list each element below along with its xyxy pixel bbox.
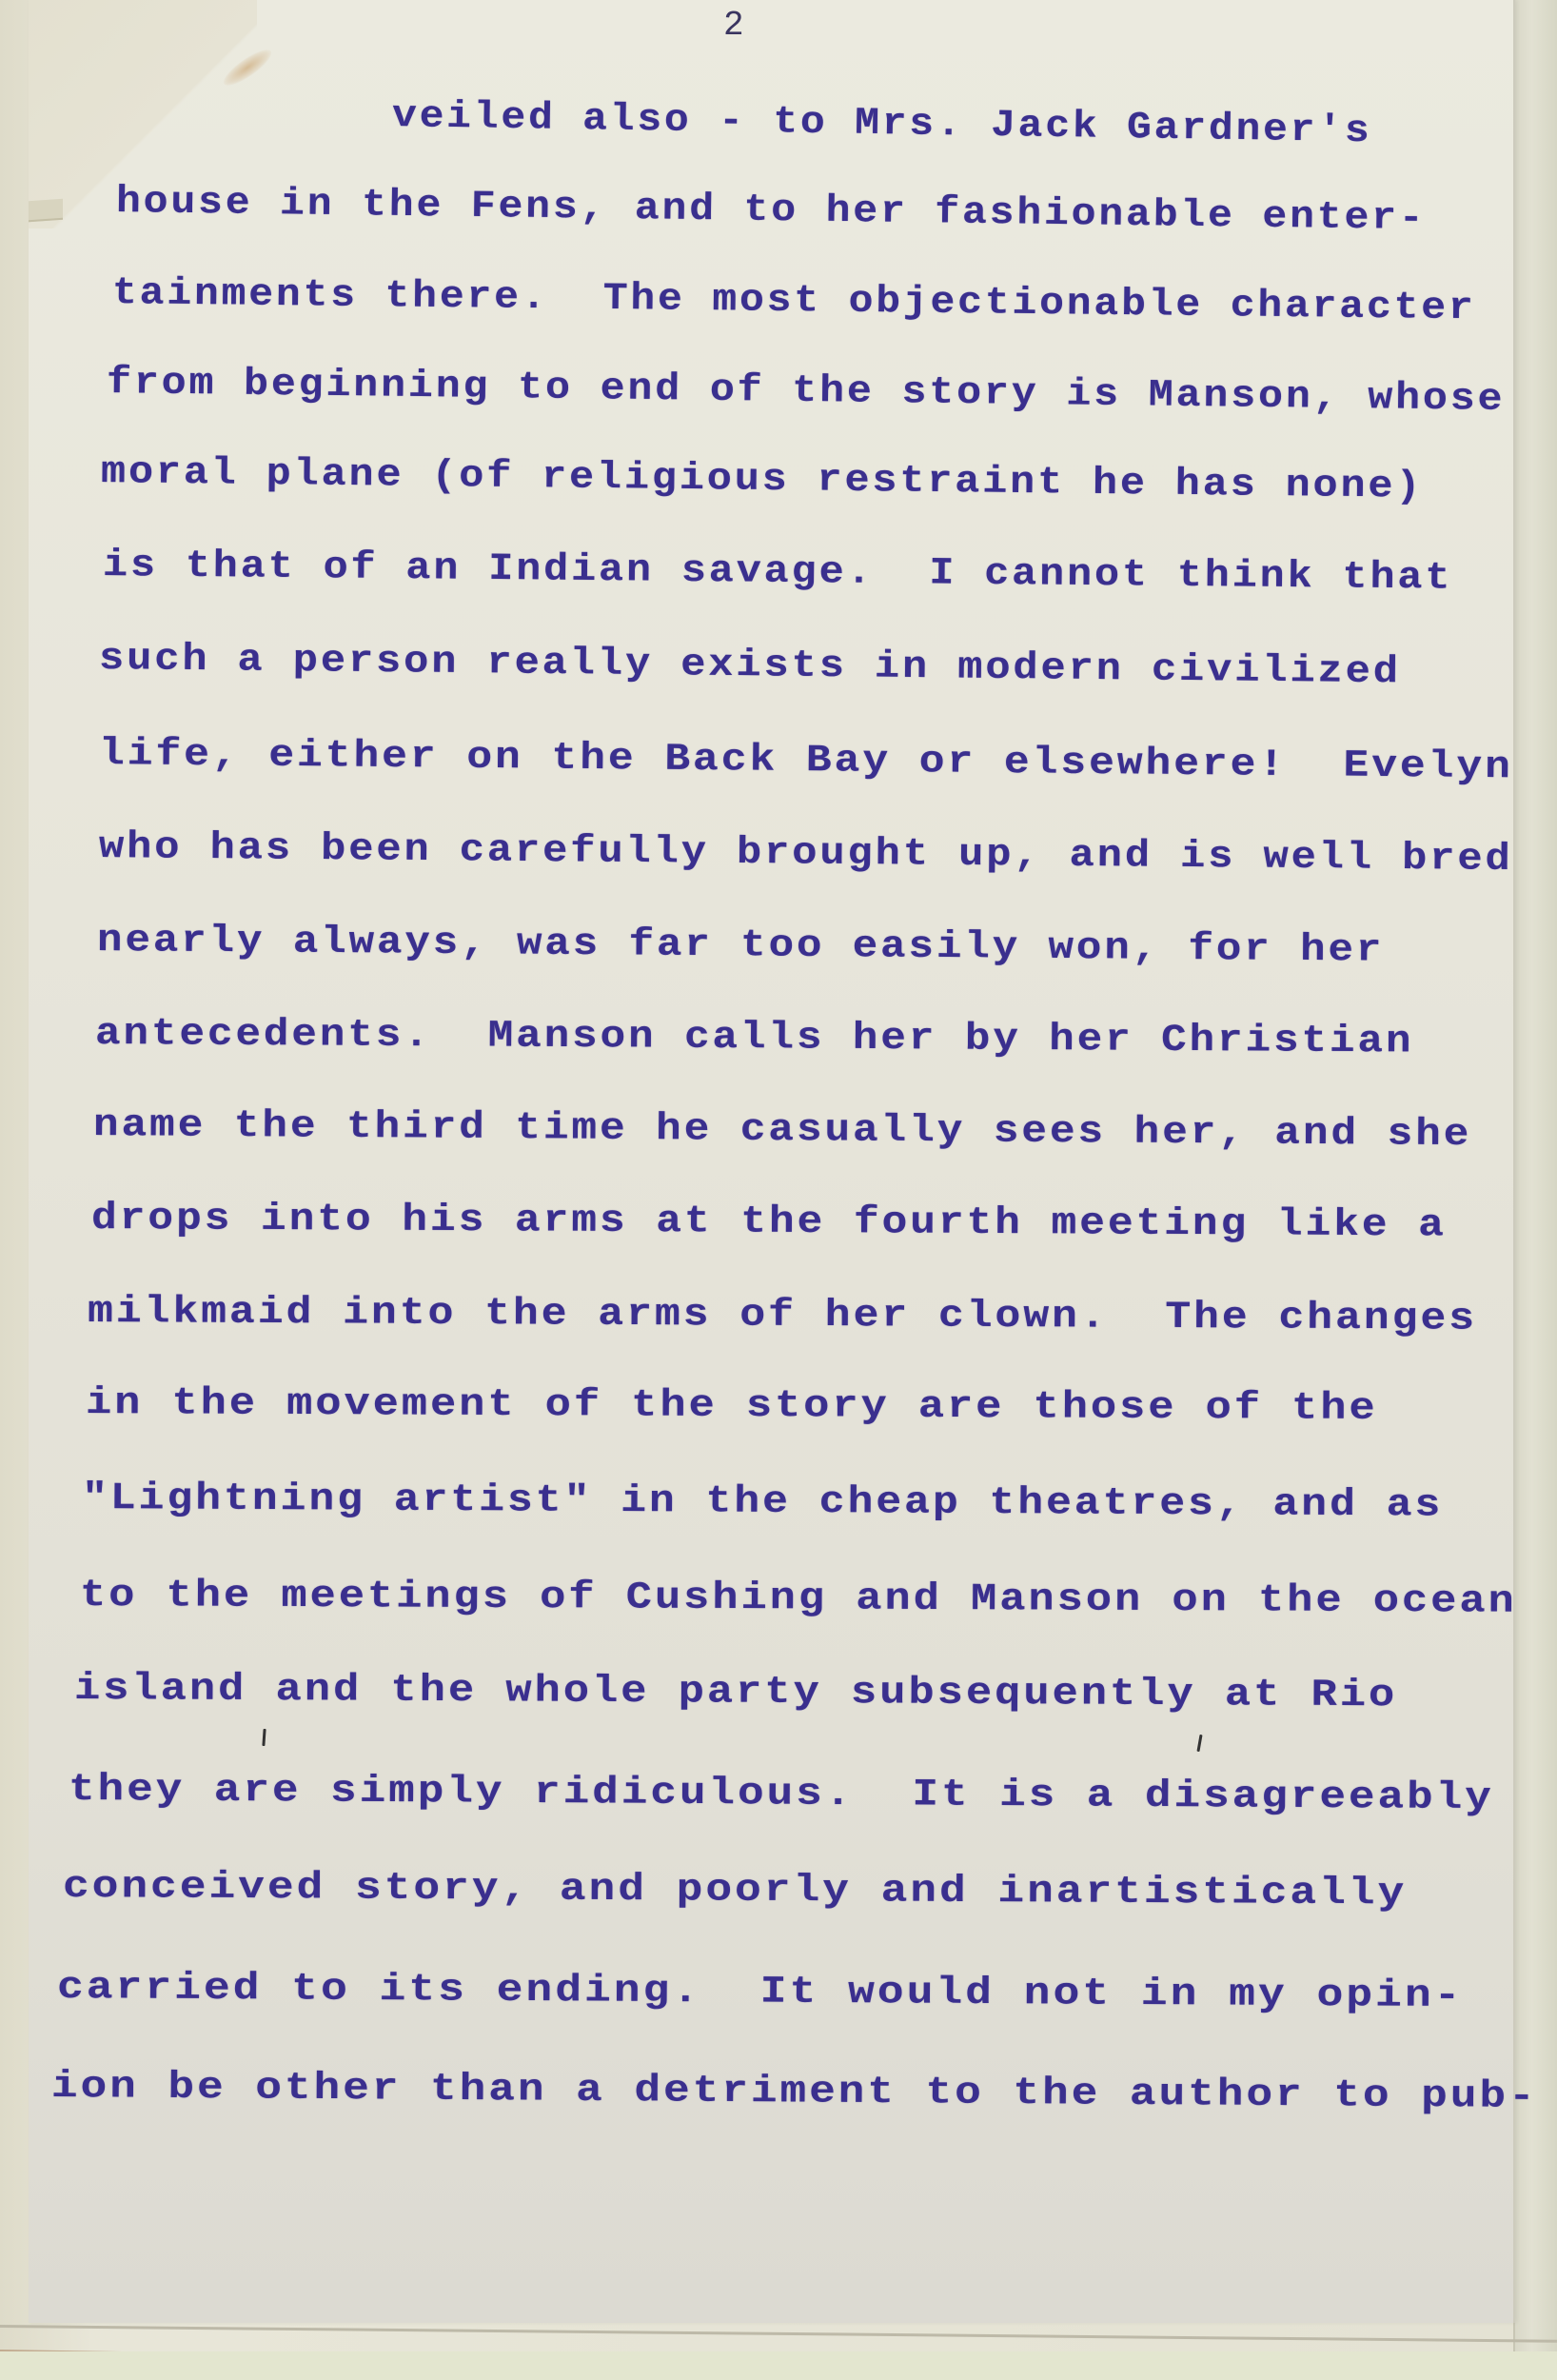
right-edge-sheet: [1513, 0, 1557, 2380]
text-line: to the meetings of Cushing and Manson on…: [80, 1575, 1517, 1624]
lower-sheet: [0, 2351, 1557, 2380]
page-number: 2: [723, 6, 746, 45]
text-line: carried to its ending. It would not in m…: [57, 1967, 1464, 2018]
text-line: they are simply ridiculous. It is a disa…: [69, 1769, 1494, 1820]
text-line: in the movement of the story are those o…: [86, 1382, 1378, 1431]
corner-crease: [29, 199, 63, 223]
text-line: drops into his arms at the fourth meetin…: [91, 1198, 1447, 1247]
text-line: antecedents. Manson calls her by her Chr…: [95, 1013, 1414, 1063]
text-line: conceived story, and poorly and inartist…: [63, 1866, 1407, 1915]
text-line: island and the whole party subsequently …: [74, 1668, 1397, 1717]
text-line: milkmaid into the arms of her clown. The…: [88, 1291, 1477, 1341]
text-line: "Lightning artist" in the cheap theatres…: [82, 1478, 1443, 1527]
